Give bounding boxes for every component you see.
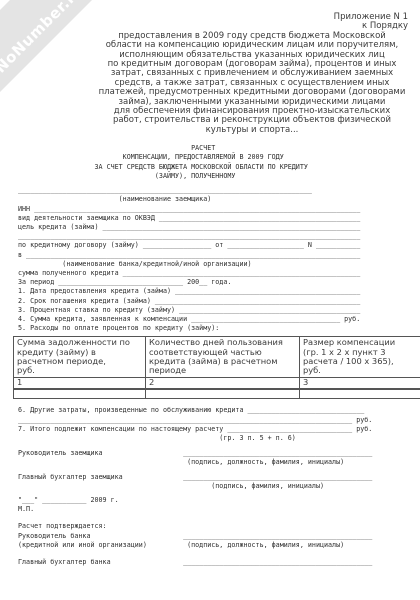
- document-page: NoNumber.ru Приложение N 1 к Порядку пре…: [0, 0, 420, 600]
- bank-confirmation-block: Расчет подтверждается: Руководитель банк…: [0, 522, 420, 550]
- table-index-cell-1: 1: [14, 378, 146, 390]
- table-value-row: [14, 389, 420, 399]
- table-value-cell-1: [14, 389, 146, 399]
- watermark-text: NoNumber.ru: [0, 0, 87, 77]
- borrower-accountant-signature: Главный бухгалтер заемщика _____________…: [0, 473, 420, 491]
- table-header-cell-compensation: Размер компенсации (гр. 1 х 2 х пункт 3 …: [300, 337, 420, 378]
- borrower-head-signature: Руководитель заемщика __________________…: [0, 449, 420, 467]
- appendix-description: предоставления в 2009 году средств бюдже…: [96, 32, 408, 135]
- interest-expenses-table: Сумма задолженности по кредиту (займу) в…: [13, 336, 420, 399]
- form-fields-top: ________________________________________…: [0, 186, 420, 333]
- table-header-row: Сумма задолженности по кредиту (займу) в…: [14, 337, 420, 378]
- table-header-cell-days: Количество дней пользования соответствую…: [146, 337, 300, 378]
- table-index-cell-3: 3: [300, 378, 420, 390]
- appendix-header: Приложение N 1 к Порядку предоставления …: [96, 0, 408, 135]
- table-index-row: 1 2 3: [14, 378, 420, 390]
- table-value-cell-2: [146, 389, 300, 399]
- bank-accountant-signature: Главный бухгалтер банка ________________…: [0, 558, 420, 567]
- calc-title: РАСЧЕТ КОМПЕНСАЦИИ, ПРЕДОСТАВЛЯЕМОЙ В 20…: [0, 144, 420, 181]
- other-costs-and-total: 6. Другие затраты, произведенные по обсл…: [0, 406, 420, 443]
- table-index-cell-2: 2: [146, 378, 300, 390]
- appendix-number: Приложение N 1 к Порядку: [96, 13, 408, 32]
- table-header-cell-debt: Сумма задолженности по кредиту (займу) в…: [14, 337, 146, 378]
- table-value-cell-3: [300, 389, 420, 399]
- date-and-seal: "___" ___________ 2009 г. М.П.: [0, 496, 420, 514]
